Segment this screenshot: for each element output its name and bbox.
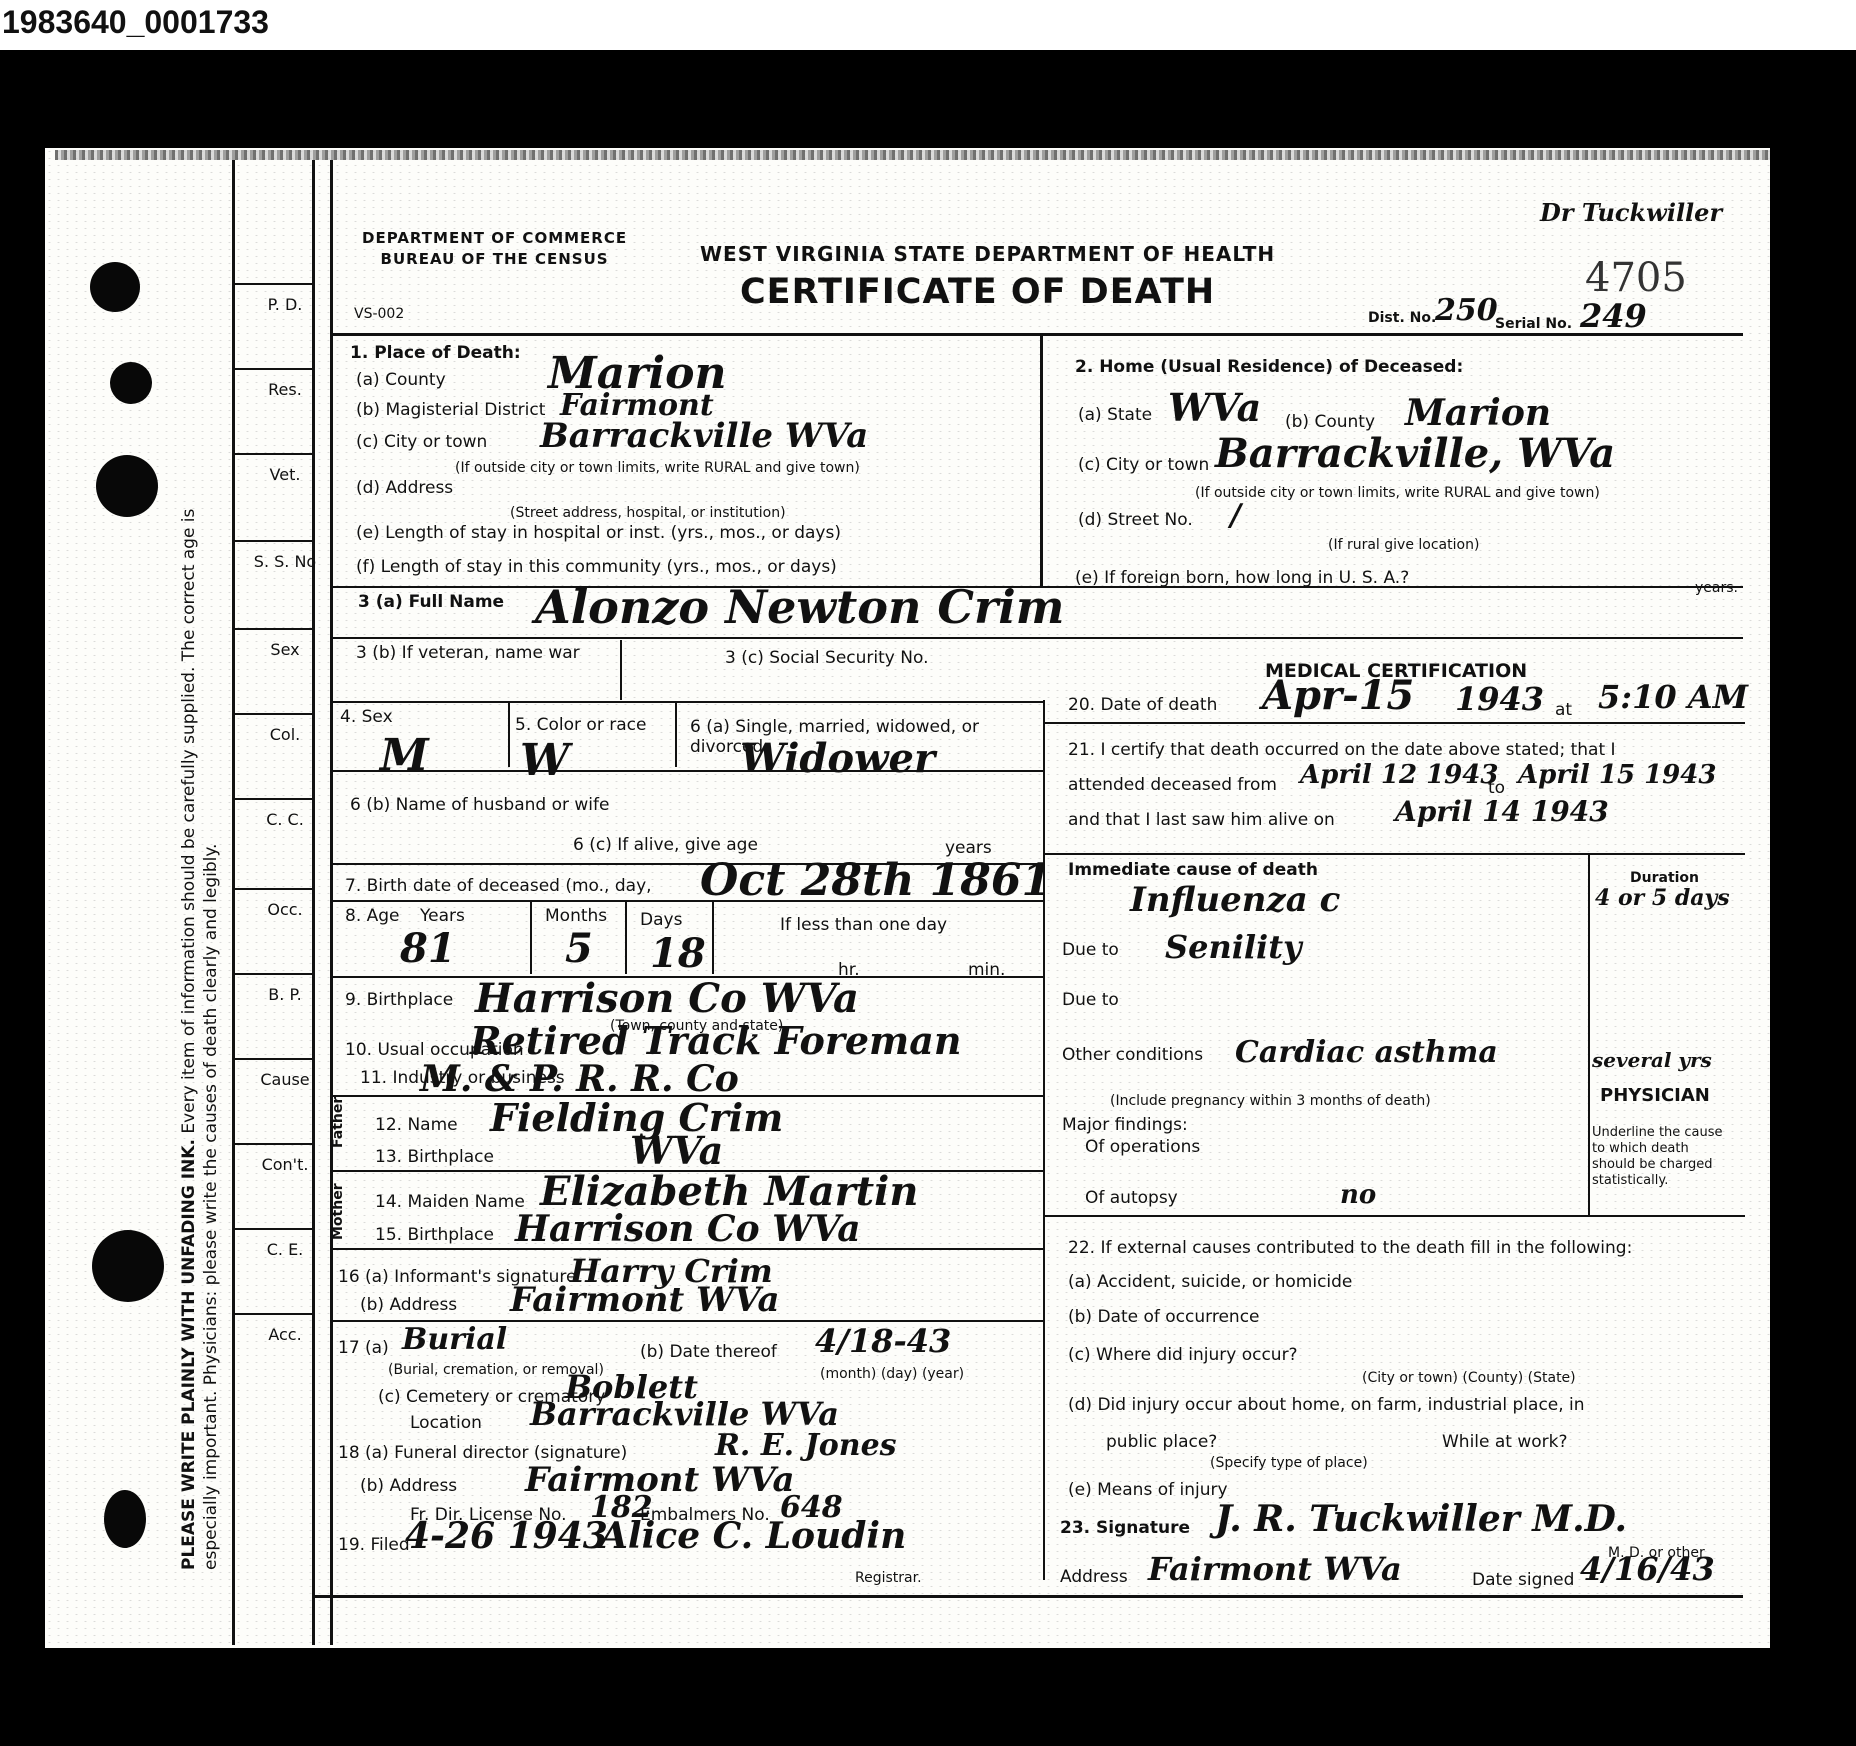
row-rule [1045,1215,1745,1217]
margin-code-rule [235,1058,312,1060]
margin-code-rule [235,713,312,715]
margin-code-occ: Occ. [245,900,325,919]
father-name-label: 12. Name [375,1115,458,1135]
row-rule [333,637,1743,639]
margin-code-p-d: P. D. [245,295,325,314]
margin-code-res: Res. [245,380,325,399]
registrar-signature: Alice C. Loudin [600,1515,906,1557]
immediate-value: Influenza c [1130,880,1340,920]
accident-label: (a) Accident, suicide, or homicide [1068,1272,1352,1292]
spouse-age-label: 6 (c) If alive, give age [573,835,758,855]
margin-code-vet: Vet. [245,465,325,484]
date-signed-label: Date signed [1472,1570,1574,1590]
margin-rule [330,160,333,1645]
father-tag: Father [330,1097,346,1148]
margin-code-rule [235,283,312,285]
dept-line1: DEPARTMENT OF COMMERCE [362,228,627,249]
margin-code-rule [235,798,312,800]
margin-code-con-t: Con't. [245,1155,325,1174]
margin-code-rule [235,1143,312,1145]
disposal-date-label: (b) Date thereof [640,1342,777,1362]
date-signed-value: 4/16/43 [1580,1550,1715,1588]
cell-divider [530,902,532,974]
margin-code-c-c: C. C. [245,810,325,829]
filed-value: 4-26 1943 [405,1515,608,1557]
physician-box-title: PHYSICIAN [1600,1085,1710,1106]
row-rule [333,701,1043,703]
birthplace-value: Harrison Co WVa [475,975,859,1022]
birth-label: 7. Birth date of deceased (mo., day, [345,876,652,896]
row-rule [1045,853,1745,855]
place-of-death-heading: 1. Place of Death: [350,343,521,363]
home-heading: 2. Home (Usual Residence) of Deceased: [1075,357,1463,377]
industry-value: M. & P. R. R. Co [420,1058,739,1100]
serial-value: 249 [1580,297,1647,335]
disposal-date-value: 4/18-43 [815,1322,951,1360]
home-city-note: (If outside city or town limits, write R… [1195,485,1600,501]
street-note: (If rural give location) [1328,537,1479,553]
months-label: Months [545,906,607,926]
margin-code-c-e: C. E. [245,1240,325,1259]
funeral-value: R. E. Jones [715,1428,897,1463]
disposal-date-note: (month) (day) (year) [820,1366,964,1382]
home-city-value: Barrackville, WVa [1215,430,1615,477]
margin-code-acc: Acc. [245,1325,325,1344]
immediate-label: Immediate cause of death [1068,860,1318,880]
birthplace-label: 9. Birthplace [345,990,453,1010]
mother-birth-value: Harrison Co WVa [515,1208,861,1250]
row-rule [333,1248,1043,1250]
margin-rule [232,160,235,1645]
margin-code-rule [235,540,312,542]
other-value: Cardiac asthma [1235,1035,1498,1070]
certify-line: 21. I certify that death occurred on the… [1068,740,1616,760]
margin-code-rule [235,888,312,890]
punch-hole-icon [92,1230,164,1302]
margin-code-rule [235,453,312,455]
sex-label: 4. Sex [340,707,393,727]
race-label: 5. Color or race [515,715,646,735]
filed-label: 19. Filed [338,1535,410,1555]
age-months-value: 5 [565,925,593,972]
margin-code-col: Col. [245,725,325,744]
header-rule [333,333,1743,336]
city-note: (If outside city or town limits, write R… [455,460,860,476]
row-rule [333,900,1043,902]
occupation-value: Retired Track Foreman [470,1018,962,1063]
age-days-value: 18 [650,930,706,977]
section-divider [1040,336,1043,586]
bottom-rule [313,1595,1743,1598]
due-to-label-1: Due to [1062,940,1119,960]
margin-code-rule [235,1228,312,1230]
years-label: Years [420,906,465,926]
foreign-unit: years. [1695,580,1738,596]
street-label: (d) Street No. [1078,510,1193,530]
father-birth-value: WVa [630,1128,723,1173]
corner-note: Dr Tuckwiller [1540,198,1722,227]
where-note: (City or town) (County) (State) [1362,1370,1576,1386]
mother-name-label: 14. Maiden Name [375,1192,525,1212]
margin-code-rule [235,1313,312,1315]
last-seen-label: and that I last saw him alive on [1068,810,1335,830]
instruction-line2: especially important. Physicians: please… [200,509,222,1570]
sex-value: M [380,730,429,781]
duration-label: Duration [1630,870,1699,886]
punch-hole-icon [96,455,158,517]
last-seen-value: April 14 1943 [1395,795,1609,828]
funeral-addr-value: Fairmont WVa [525,1460,795,1500]
margin-code-rule [235,628,312,630]
full-name-value: Alonzo Newton Crim [535,580,1064,634]
spouse-label: 6 (b) Name of husband or wife [350,795,609,815]
dist-label: Dist. No. [1368,310,1436,326]
due-to-label-2: Due to [1062,990,1119,1010]
image-id-bar: 1983640_0001733 [0,0,1856,50]
father-birth-label: 13. Birthplace [375,1147,494,1167]
full-name-label: 3 (a) Full Name [358,592,504,612]
phys-address-value: Fairmont WVa [1148,1550,1402,1588]
cell-divider [625,902,627,974]
autopsy-label: Of autopsy [1085,1188,1178,1208]
state-department: WEST VIRGINIA STATE DEPARTMENT OF HEALTH [700,242,1275,266]
margin-instructions: PLEASE WRITE PLAINLY WITH UNFADING INK. … [178,509,222,1570]
attended-to-value: April 15 1943 [1518,760,1716,790]
location-label: Location [410,1413,482,1433]
margin-code-rule [235,973,312,975]
home-state-label: (a) State [1078,405,1152,425]
other-label: Other conditions [1062,1045,1203,1065]
home-city-label: (c) City or town [1078,455,1209,475]
duration-divider [1588,855,1590,1215]
signature-label: 23. Signature [1060,1518,1190,1538]
public-note: (Specify type of place) [1210,1455,1368,1471]
physician-box-text: Underline the cause to which death shoul… [1592,1125,1732,1189]
due-to-value-1: Senility [1165,928,1302,966]
city-value: Barrackville WVa [540,416,868,456]
street-value: / [1230,498,1241,533]
stamp-number: 4705 [1585,255,1687,301]
operations-label: Of operations [1085,1137,1200,1157]
mother-tag: Mother [330,1183,346,1240]
punch-hole-icon [110,362,152,404]
other-duration-value: several yrs [1592,1048,1712,1072]
external-label: 22. If external causes contributed to th… [1068,1238,1632,1258]
at-label: at [1555,700,1572,720]
dept-line2: BUREAU OF THE CENSUS [362,249,627,270]
punch-hole-icon [90,262,140,312]
occurrence-label: (b) Date of occurrence [1068,1307,1260,1327]
physician-signature: J. R. Tuckwiller M.D. [1215,1498,1627,1540]
stay-community-label: (f) Length of stay in this community (yr… [356,557,837,577]
where-label: (c) Where did injury occur? [1068,1345,1298,1365]
margin-code-cause: Cause [245,1070,325,1089]
city-label: (c) City or town [356,432,487,452]
county-label: (a) County [356,370,446,390]
pregnancy-note: (Include pregnancy within 3 months of de… [1110,1093,1431,1109]
foreign-label: (e) If foreign born, how long in U. S. A… [1075,568,1409,588]
home-county-value: Marion [1405,392,1551,434]
federal-header: DEPARTMENT OF COMMERCE BUREAU OF THE CEN… [362,228,627,270]
home-state-value: WVa [1168,385,1261,430]
home-injury-label: (d) Did injury occur about home, on farm… [1068,1395,1585,1415]
birth-value: Oct 28th 1861 [700,855,1052,906]
page-title: CERTIFICATE OF DEATH [740,272,1215,312]
marital-value: Widower [740,735,935,782]
cell-divider [508,703,510,767]
punch-hole-icon [104,1490,146,1548]
stay-hospital-label: (e) Length of stay in hospital or inst. … [356,523,841,543]
row-rule [333,770,1043,772]
funeral-addr-label: (b) Address [360,1476,457,1496]
disposal-label: 17 (a) [338,1338,389,1358]
duration-value: 4 or 5 days [1595,885,1730,911]
attended-from-value: April 12 1943 [1300,760,1498,790]
cell-divider [712,902,714,974]
autopsy-value: no [1340,1180,1376,1210]
death-date-value: Apr-15 [1262,672,1414,719]
death-time-value: 5:10 AM [1598,678,1748,716]
informant-addr-label: (b) Address [360,1295,457,1315]
form-number: VS-002 [354,306,404,322]
public-label: public place? [1106,1432,1217,1452]
district-label: (b) Magisterial District [356,400,545,420]
major-label: Major findings: [1062,1115,1188,1135]
address-label: (d) Address [356,478,453,498]
days-label: Days [640,910,682,930]
age-label: 8. Age [345,906,400,926]
serial-label: Serial No. [1495,316,1572,332]
margin-code-rule [235,368,312,370]
cell-divider [675,703,677,767]
address-note: (Street address, hospital, or institutio… [510,505,786,521]
paper-top-edge [55,150,1770,160]
image-id: 1983640_0001733 [2,4,269,41]
death-date-label: 20. Date of death [1068,695,1217,715]
informant-addr-value: Fairmont WVa [510,1280,780,1320]
ssn-label: 3 (c) Social Security No. [725,648,928,668]
row-rule [1045,722,1745,724]
age-years-value: 81 [400,925,456,972]
mother-birth-label: 15. Birthplace [375,1225,494,1245]
instruction-rest: Every item of information should be care… [179,509,199,1139]
work-label: While at work? [1442,1432,1568,1452]
registrar-label: Registrar. [855,1570,922,1586]
instruction-bold: PLEASE WRITE PLAINLY WITH UNFADING INK. [179,1139,199,1570]
margin-code-b-p: B. P. [245,985,325,1004]
margin-code-s-s-no: S. S. No [245,552,325,571]
phys-address-label: Address [1060,1567,1128,1587]
death-year-value: 1943 [1455,680,1544,718]
less-day-label: If less than one day [780,915,947,935]
veteran-label: 3 (b) If veteran, name war [356,643,580,663]
dist-value: 250 [1435,293,1498,328]
home-county-label: (b) County [1285,412,1375,432]
margin-code-sex: Sex [245,640,325,659]
attended-label: attended deceased from [1068,775,1277,795]
race-value: W [520,735,569,786]
section-divider [1043,700,1045,1580]
means-label: (e) Means of injury [1068,1480,1228,1500]
disposal-value: Burial [402,1322,507,1357]
cell-divider [620,640,622,700]
